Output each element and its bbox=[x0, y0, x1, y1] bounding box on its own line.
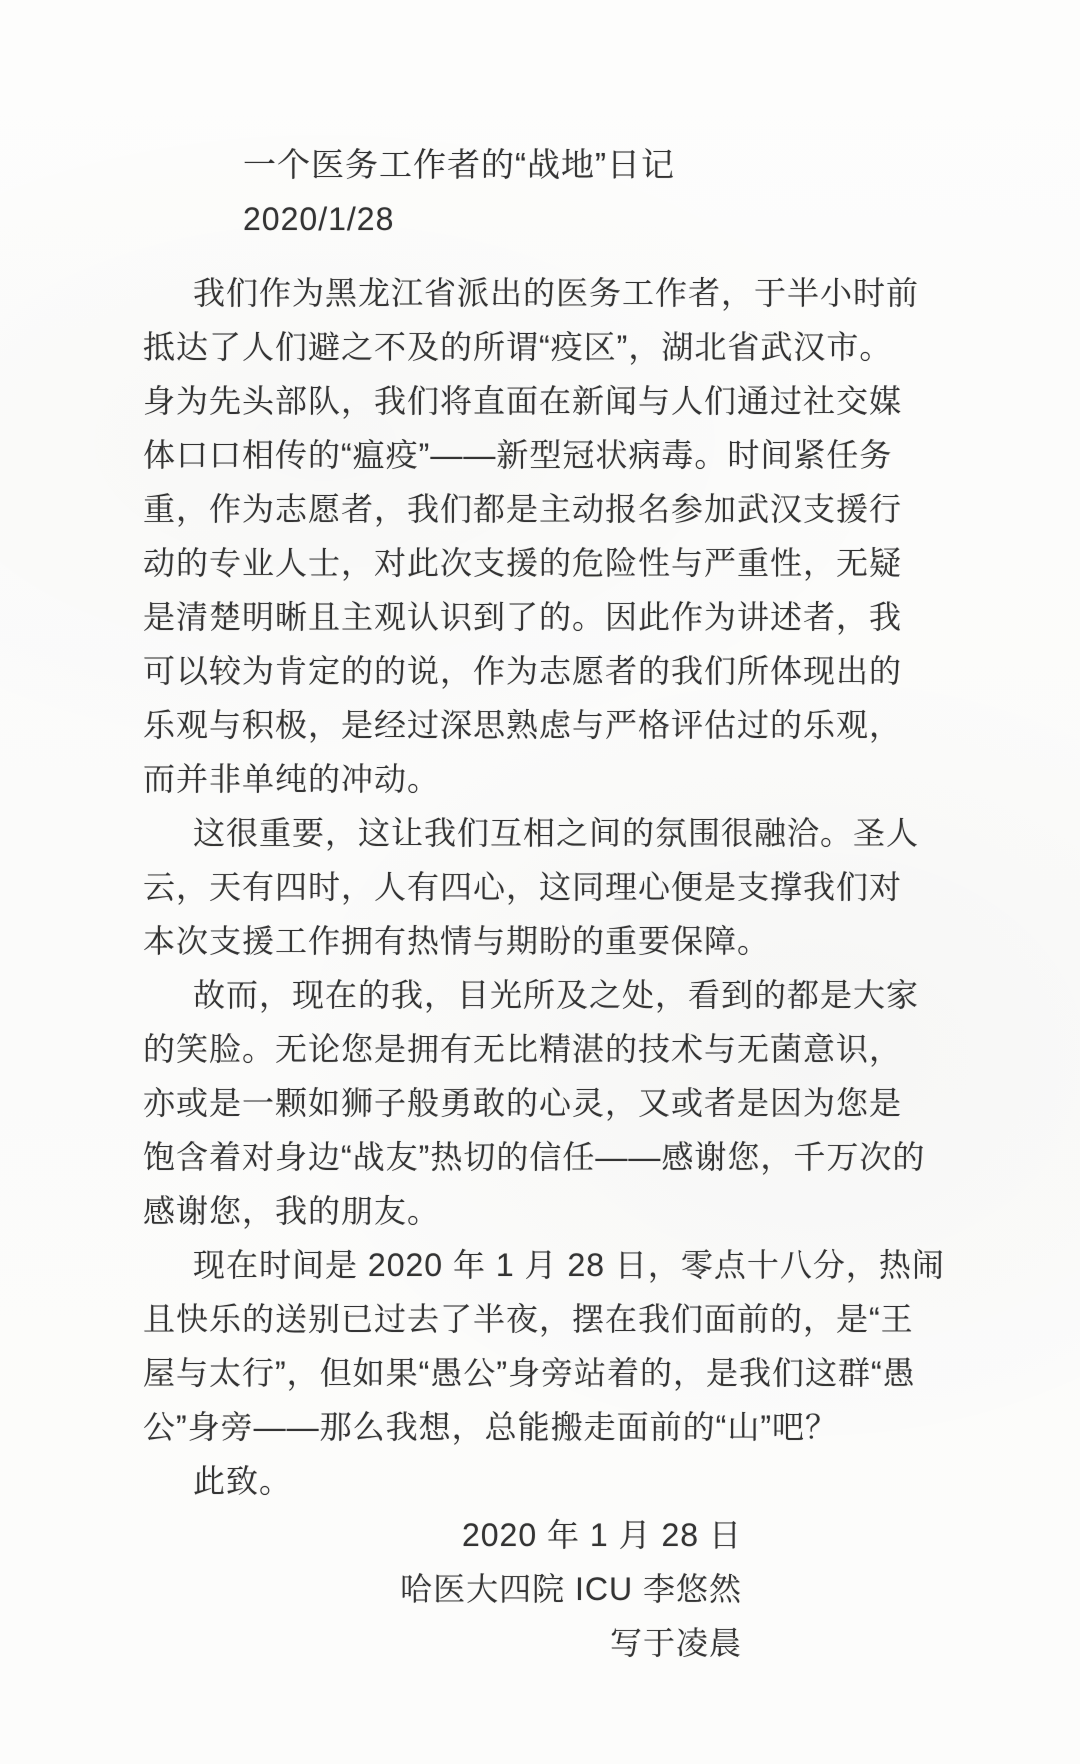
closing-line: 此致。 bbox=[143, 1454, 943, 1508]
text-line: 而并非单纯的冲动。 bbox=[143, 752, 943, 806]
text-line: 重，作为志愿者，我们都是主动报名参加武汉支援行 bbox=[143, 482, 943, 536]
title-body-spacer bbox=[143, 246, 943, 266]
date-line: 2020/1/28 bbox=[243, 192, 943, 246]
text-line: 屋与太行”，但如果“愚公”身旁站着的，是我们这群“愚 bbox=[143, 1346, 943, 1400]
text-line: 可以较为肯定的的说，作为志愿者的我们所体现出的 bbox=[143, 644, 943, 698]
text-line: 公”身旁——那么我想，总能搬走面前的“山”吧？ bbox=[143, 1400, 943, 1454]
text-line: 亦或是一颗如狮子般勇敢的心灵，又或者是因为您是 bbox=[143, 1076, 943, 1130]
diary-document: 一个医务工作者的“战地”日记 2020/1/28 我们作为黑龙江省派出的医务工作… bbox=[143, 138, 943, 1670]
text-line: 故而，现在的我，目光所及之处，看到的都是大家 bbox=[143, 968, 943, 1022]
text-line: 云，天有四时，人有四心，这同理心便是支撑我们对 bbox=[143, 860, 943, 914]
text-line: 现在时间是 2020 年 1 月 28 日，零点十八分，热闹 bbox=[143, 1238, 943, 1292]
page-title: 一个医务工作者的“战地”日记 bbox=[243, 138, 943, 192]
closing-paragraph: 此致。 bbox=[143, 1454, 943, 1508]
text-line: 是清楚明晰且主观认识到了的。因此作为讲述者，我 bbox=[143, 590, 943, 644]
paragraph-2: 这很重要，这让我们互相之间的氛围很融洽。圣人 云，天有四时，人有四心，这同理心便… bbox=[143, 806, 943, 968]
signature-note: 写于凌晨 bbox=[143, 1616, 742, 1670]
text-line: 且快乐的送别已过去了半夜，摆在我们面前的，是“王 bbox=[143, 1292, 943, 1346]
signature-block: 2020 年 1 月 28 日 哈医大四院 ICU 李悠然 写于凌晨 bbox=[143, 1508, 742, 1670]
paragraph-1: 我们作为黑龙江省派出的医务工作者，于半小时前 抵达了人们避之不及的所谓“疫区”，… bbox=[143, 266, 943, 806]
text-line: 本次支援工作拥有热情与期盼的重要保障。 bbox=[143, 914, 943, 968]
text-line: 抵达了人们避之不及的所谓“疫区”，湖北省武汉市。 bbox=[143, 320, 943, 374]
text-line: 饱含着对身边“战友”热切的信任——感谢您，千万次的 bbox=[143, 1130, 943, 1184]
text-line: 的笑脸。无论您是拥有无比精湛的技术与无菌意识， bbox=[143, 1022, 943, 1076]
signature-date: 2020 年 1 月 28 日 bbox=[143, 1508, 742, 1562]
paragraph-3: 故而，现在的我，目光所及之处，看到的都是大家 的笑脸。无论您是拥有无比精湛的技术… bbox=[143, 968, 943, 1238]
text-line: 动的专业人士，对此次支援的危险性与严重性，无疑 bbox=[143, 536, 943, 590]
text-line: 这很重要，这让我们互相之间的氛围很融洽。圣人 bbox=[143, 806, 943, 860]
signature-author: 哈医大四院 ICU 李悠然 bbox=[143, 1562, 742, 1616]
text-line: 体口口相传的“瘟疫”——新型冠状病毒。时间紧任务 bbox=[143, 428, 943, 482]
text-line: 我们作为黑龙江省派出的医务工作者，于半小时前 bbox=[143, 266, 943, 320]
text-line: 感谢您，我的朋友。 bbox=[143, 1184, 943, 1238]
text-line: 身为先头部队，我们将直面在新闻与人们通过社交媒 bbox=[143, 374, 943, 428]
text-line: 乐观与积极，是经过深思熟虑与严格评估过的乐观， bbox=[143, 698, 943, 752]
paragraph-4: 现在时间是 2020 年 1 月 28 日，零点十八分，热闹 且快乐的送别已过去… bbox=[143, 1238, 943, 1454]
